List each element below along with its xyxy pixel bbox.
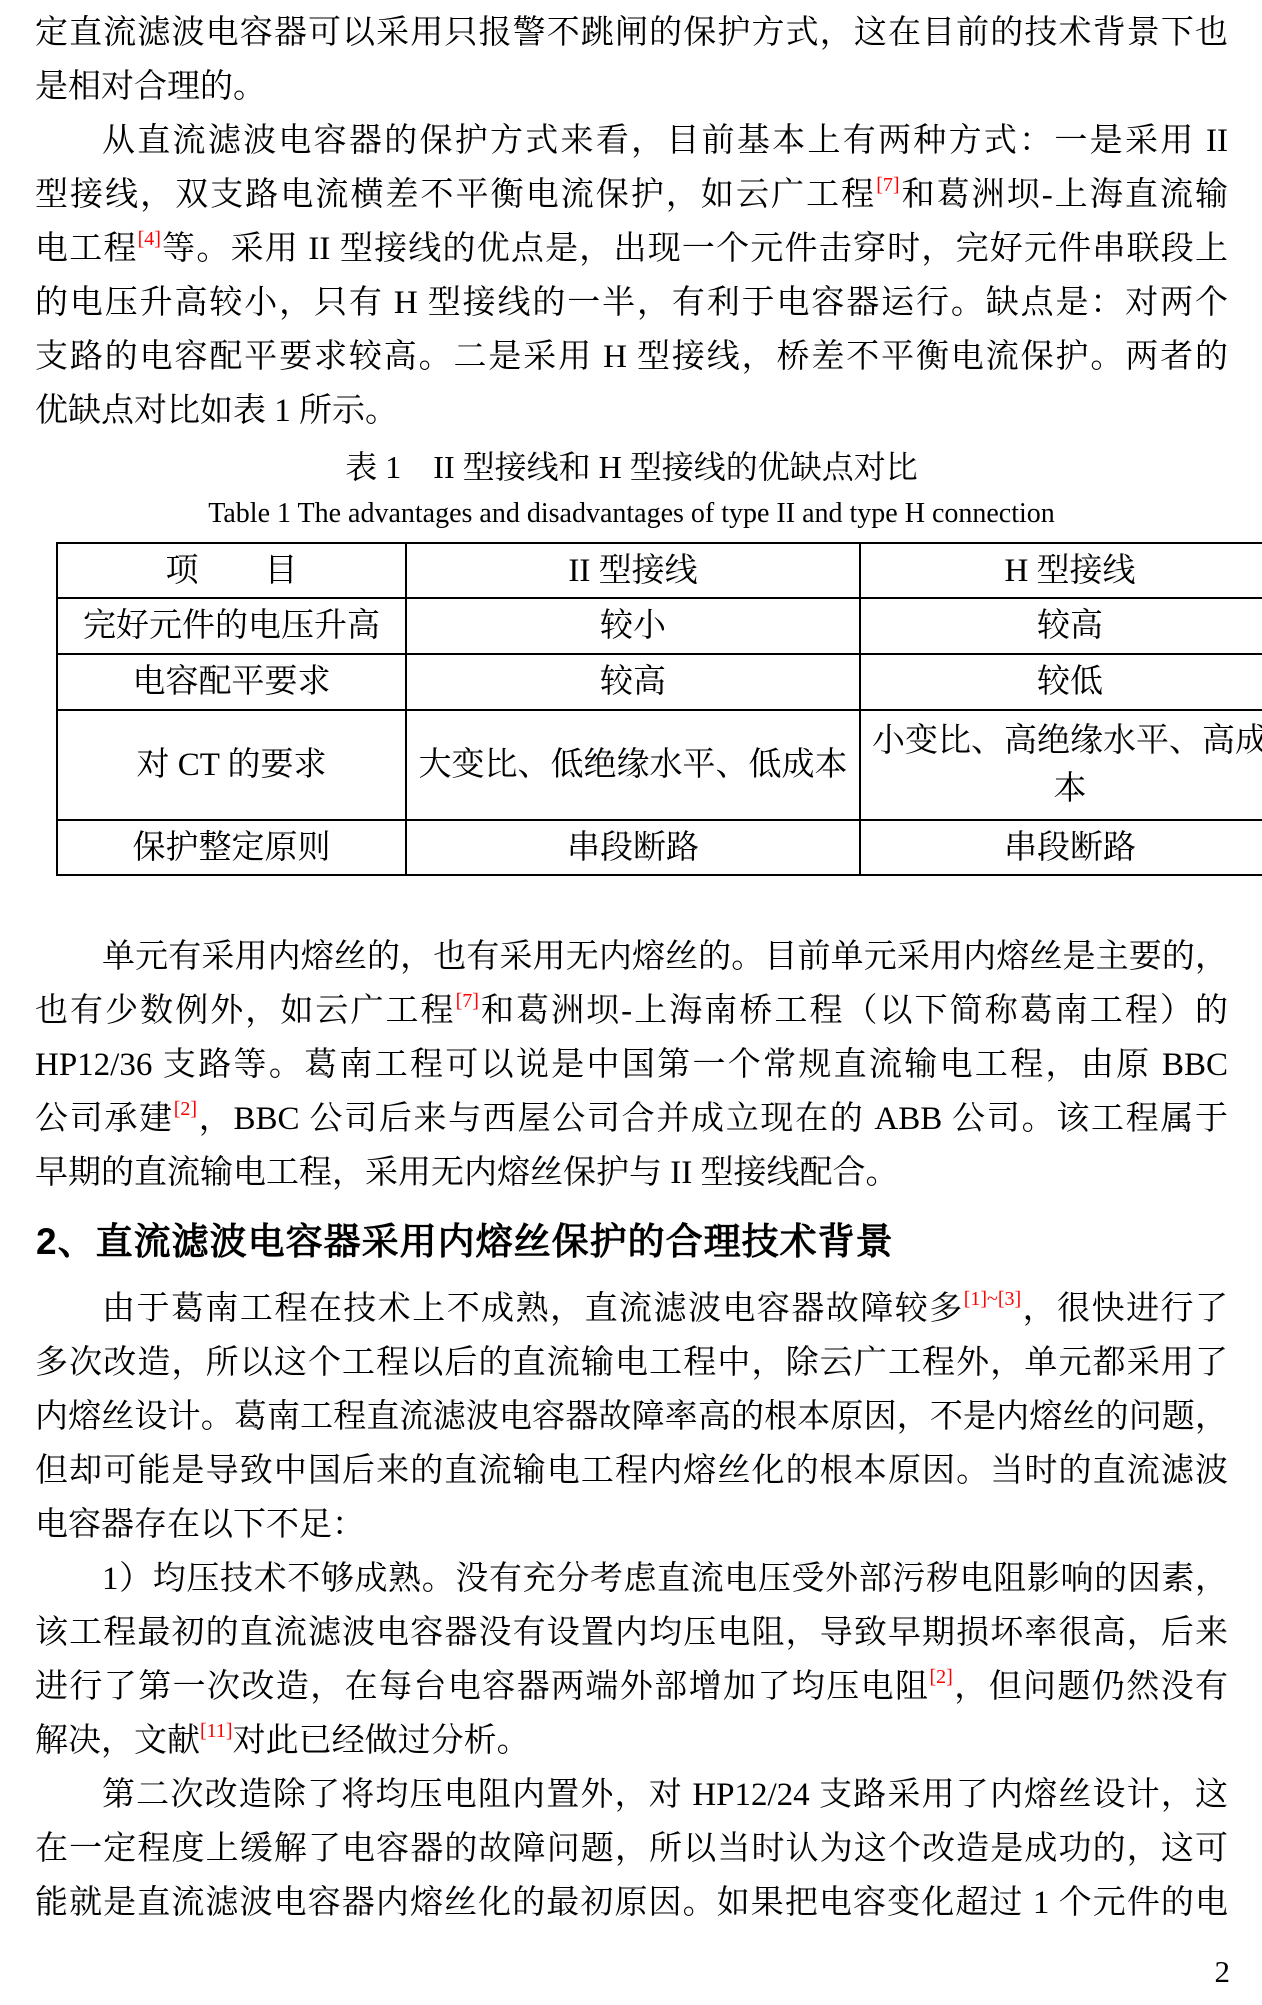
citation-ref: [7]	[456, 990, 479, 1012]
paragraph-second-retrofit: 第二次改造除了将均压电阻内置外，对 HP12/24 支路采用了内熔丝设计，这 在…	[35, 1768, 1228, 1930]
table-header-cell: 项 目	[57, 543, 406, 598]
text-segment: 进行了第一次改造，在每台电容器两端外部增加了均压电阻	[35, 1669, 929, 1705]
text-segment: ，BBC 公司后来与西屋公司合并成立现在的 ABB 公司。该工程属于	[197, 1101, 1228, 1137]
body-text-line: 由于葛南工程在技术上不成熟，直流滤波电容器故障较多[1]~[3]，很快进行了	[35, 1282, 1228, 1336]
paragraph-genan-background: 由于葛南工程在技术上不成熟，直流滤波电容器故障较多[1]~[3]，很快进行了 多…	[35, 1282, 1228, 1552]
table-cell: 对 CT 的要求	[57, 710, 406, 820]
document-page: 定直流滤波电容器可以采用只报警不跳闸的保护方式，这在目前的技术背景下也 是相对合…	[0, 0, 1262, 2005]
table-cell: 较小	[406, 598, 860, 654]
body-text-line: 进行了第一次改造，在每台电容器两端外部增加了均压电阻[2]，但问题仍然没有	[35, 1660, 1228, 1714]
citation-ref: [1]~[3]	[964, 1288, 1021, 1310]
table-row: 电容配平要求 较高 较低	[57, 654, 1262, 710]
body-text-line: 单元有采用内熔丝的，也有采用无内熔丝的。目前单元采用内熔丝是主要的，	[35, 930, 1228, 984]
text-segment: 电工程	[35, 231, 138, 267]
page-number: 2	[1215, 1952, 1231, 1992]
body-text-line: 电工程[4]等。采用 II 型接线的优点是，出现一个元件击穿时，完好元件串联段上	[35, 222, 1228, 276]
table-caption-en: Table 1 The advantages and disadvantages…	[35, 492, 1228, 536]
comparison-table: 项 目 II 型接线 H 型接线 完好元件的电压升高 较小 较高 电容配平要求 …	[56, 542, 1262, 876]
table-header-cell: H 型接线	[860, 543, 1262, 598]
text-segment: 公司承建	[35, 1101, 174, 1137]
text-segment: 也有少数例外，如云广工程	[35, 993, 456, 1029]
body-text-line: 从直流滤波电容器的保护方式来看，目前基本上有两种方式：一是采用 II	[35, 114, 1228, 168]
table-row: 对 CT 的要求 大变比、低绝缘水平、低成本 小变比、高绝缘水平、高成本	[57, 710, 1262, 820]
body-text-line: 优缺点对比如表 1 所示。	[35, 384, 1228, 438]
body-text-line: 也有少数例外，如云广工程[7]和葛洲坝-上海南桥工程（以下简称葛南工程）的	[35, 984, 1228, 1038]
table-cell: 较高	[860, 598, 1262, 654]
body-text-line: 公司承建[2]，BBC 公司后来与西屋公司合并成立现在的 ABB 公司。该工程属…	[35, 1092, 1228, 1146]
body-text-line: 多次改造，所以这个工程以后的直流输电工程中，除云广工程外，单元都采用了	[35, 1336, 1228, 1390]
table-cell: 串段断路	[860, 820, 1262, 875]
body-text-line: 第二次改造除了将均压电阻内置外，对 HP12/24 支路采用了内熔丝设计，这	[35, 1768, 1228, 1822]
body-text-line: 1）均压技术不够成熟。没有充分考虑直流电压受外部污秽电阻影响的因素，	[35, 1552, 1228, 1606]
text-segment: ，很快进行了	[1021, 1291, 1228, 1327]
text-segment: 等。采用 II 型接线的优点是，出现一个元件击穿时，完好元件串联段上	[161, 231, 1228, 267]
table-cell: 较高	[406, 654, 860, 710]
text-segment: 型接线，双支路电流横差不平衡电流保护，如云广工程	[35, 177, 876, 213]
paragraph-voltage-grading: 1）均压技术不够成熟。没有充分考虑直流电压受外部污秽电阻影响的因素， 该工程最初…	[35, 1552, 1228, 1768]
table-cell: 保护整定原则	[57, 820, 406, 875]
table-header-row: 项 目 II 型接线 H 型接线	[57, 543, 1262, 598]
table-cell: 串段断路	[406, 820, 860, 875]
body-text-line: 型接线，双支路电流横差不平衡电流保护，如云广工程[7]和葛洲坝-上海直流输	[35, 168, 1228, 222]
citation-ref: [11]	[200, 1720, 233, 1742]
table-cell: 较低	[860, 654, 1262, 710]
text-segment: 和葛洲坝-上海直流输	[900, 177, 1228, 213]
table-cell: 电容配平要求	[57, 654, 406, 710]
table-cell: 小变比、高绝缘水平、高成本	[860, 710, 1262, 820]
table-cell: 大变比、低绝缘水平、低成本	[406, 710, 860, 820]
body-text-line: 解决，文献[11]对此已经做过分析。	[35, 1714, 1228, 1768]
body-text-line: 定直流滤波电容器可以采用只报警不跳闸的保护方式，这在目前的技术背景下也	[35, 6, 1228, 60]
text-segment: 由于葛南工程在技术上不成熟，直流滤波电容器故障较多	[102, 1291, 964, 1327]
body-text-line: 但却可能是导致中国后来的直流输电工程内熔丝化的根本原因。当时的直流滤波	[35, 1444, 1228, 1498]
body-text-line: 是相对合理的。	[35, 60, 1228, 114]
citation-ref: [7]	[876, 174, 899, 196]
table-header-cell: II 型接线	[406, 543, 860, 598]
paragraph-fuse-usage: 单元有采用内熔丝的，也有采用无内熔丝的。目前单元采用内熔丝是主要的， 也有少数例…	[35, 930, 1228, 1200]
body-text-line: 早期的直流输电工程，采用无内熔丝保护与 II 型接线配合。	[35, 1146, 1228, 1200]
citation-ref: [2]	[929, 1666, 952, 1688]
body-text-line: 内熔丝设计。葛南工程直流滤波电容器故障率高的根本原因，不是内熔丝的问题，	[35, 1390, 1228, 1444]
text-segment: ，但问题仍然没有	[953, 1669, 1228, 1705]
body-text-line: 在一定程度上缓解了电容器的故障问题，所以当时认为这个改造是成功的，这可	[35, 1822, 1228, 1876]
body-text-line: 该工程最初的直流滤波电容器没有设置内均压电阻，导致早期损坏率很高，后来	[35, 1606, 1228, 1660]
text-segment: 和葛洲坝-上海南桥工程（以下简称葛南工程）的	[479, 993, 1228, 1029]
body-text-line: 电容器存在以下不足：	[35, 1498, 1228, 1552]
body-text-line: 支路的电容配平要求较高。二是采用 H 型接线，桥差不平衡电流保护。两者的	[35, 330, 1228, 384]
table-cell: 完好元件的电压升高	[57, 598, 406, 654]
section-heading-2: 2、直流滤波电容器采用内熔丝保护的合理技术背景	[35, 1214, 1228, 1270]
body-text-line: 的电压升高较小，只有 H 型接线的一半，有利于电容器运行。缺点是：对两个	[35, 276, 1228, 330]
citation-ref: [2]	[174, 1098, 197, 1120]
paragraph-protection-modes: 从直流滤波电容器的保护方式来看，目前基本上有两种方式：一是采用 II 型接线，双…	[35, 114, 1228, 438]
body-text-line: HP12/36 支路等。葛南工程可以说是中国第一个常规直流输电工程，由原 BBC	[35, 1038, 1228, 1092]
paragraph-continuation: 定直流滤波电容器可以采用只报警不跳闸的保护方式，这在目前的技术背景下也 是相对合…	[35, 6, 1228, 114]
page-body: 定直流滤波电容器可以采用只报警不跳闸的保护方式，这在目前的技术背景下也 是相对合…	[0, 0, 1262, 1930]
citation-ref: [4]	[138, 228, 161, 250]
table-row: 保护整定原则 串段断路 串段断路	[57, 820, 1262, 875]
text-segment: 解决，文献	[35, 1723, 200, 1759]
table-caption-zh: 表 1 II 型接线和 H 型接线的优缺点对比	[35, 442, 1228, 492]
table-row: 完好元件的电压升高 较小 较高	[57, 598, 1262, 654]
text-segment: 对此已经做过分析。	[233, 1723, 530, 1759]
body-text-line: 能就是直流滤波电容器内熔丝化的最初原因。如果把电容变化超过 1 个元件的电	[35, 1876, 1228, 1930]
